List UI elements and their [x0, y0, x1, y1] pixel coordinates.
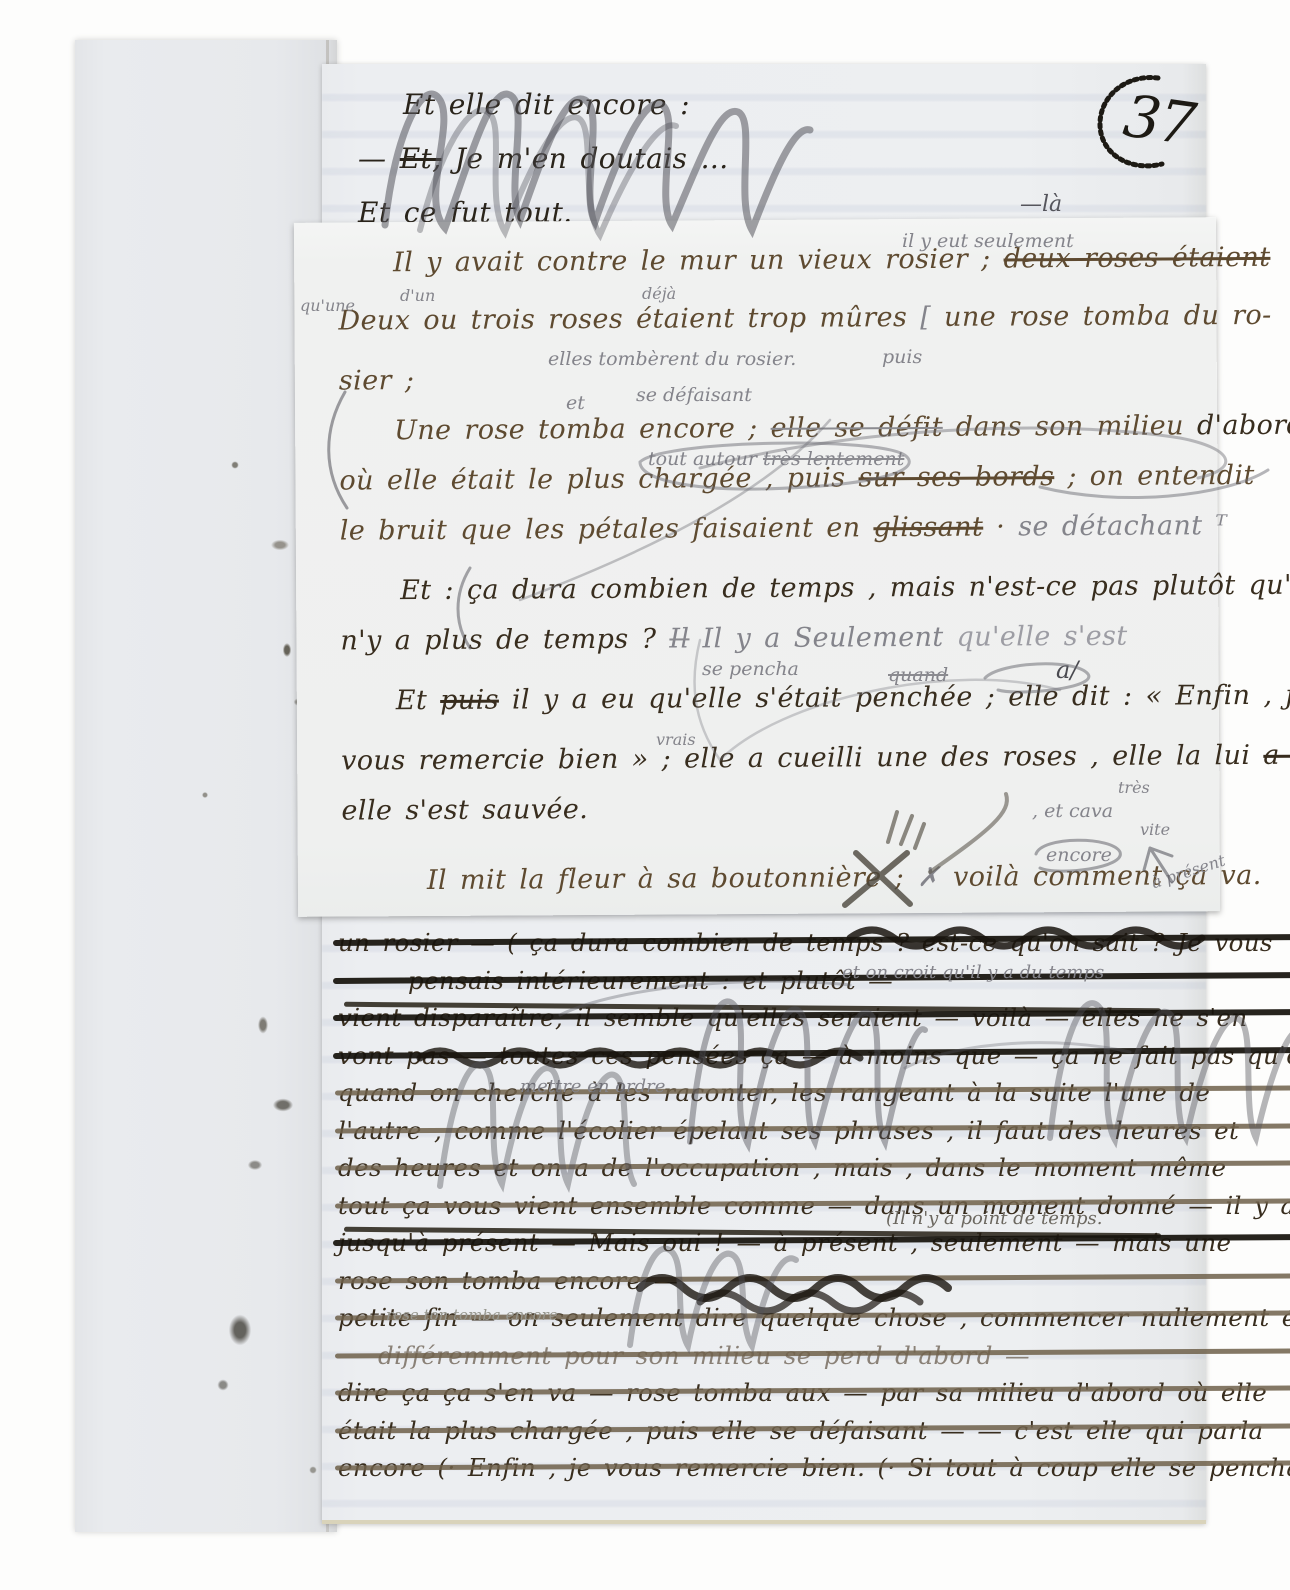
pencil-annotation-elles-tomberent: elles tombèrent du rosier. — [548, 348, 796, 370]
text-segment: n'y a plus de temps ? — [340, 624, 669, 657]
crossed-line: dire ça ça s'en va — rose tomba aux — pa… — [338, 1374, 1290, 1412]
text-segment: un rosier — ( ça dura combien de temps ?… — [338, 928, 1273, 957]
pencil-annotation-puis: puis — [882, 346, 922, 368]
manuscript-scan: un rosier — ( ça dura combien de temps ?… — [0, 0, 1290, 1590]
text-segment: ; on entendit — [1054, 460, 1255, 492]
text-segment: sier ; — [339, 365, 415, 396]
pencil-annotation-tout-autour: tout autour très lentement — [648, 448, 904, 470]
text-segment: pensais intérieurement : et plutôt — — [408, 966, 893, 995]
text-segment: Et elle dit encore : — [403, 88, 690, 121]
text-segment: Il y a Seulement — [689, 622, 956, 655]
text-segment: quand on cherche à les raconter, les ran… — [338, 1078, 1210, 1107]
slip-text-block: Il y avait contre le mur un vieux rosier… — [338, 232, 1290, 907]
text-segment: le bruit que les pétales faisaient en — [340, 512, 874, 546]
crossed-line: quand on cherche à les raconter, les ran… — [338, 1074, 1290, 1112]
text-segment: Une rose tomba encore ; — [394, 413, 771, 446]
text-segment: tout ça vous vient ensemble comme — dans… — [338, 1191, 1290, 1220]
crossed-line: des heures et on a de l'occupation , mai… — [338, 1149, 1290, 1187]
crossed-line: était la plus chargée , puis elle se déf… — [338, 1412, 1290, 1450]
slip-line: sier ; — [339, 350, 1290, 407]
pencil-annotation-il-y-eut-seulement: il y eut seulement — [902, 230, 1074, 252]
pencil-annotation-deja: déjà — [642, 284, 676, 303]
pencil-annotation-et-cava: , et cava — [1032, 800, 1113, 822]
crossed-line: jusqu'à présent — Mais oui ! — à présent… — [338, 1224, 1290, 1262]
text-segment: puis — [440, 685, 499, 716]
text-segment: l'autre , comme l'écolier épelant ses ph… — [338, 1116, 1239, 1145]
text-segment: Il — [669, 623, 689, 654]
text-segment: [ — [920, 302, 931, 333]
text-segment: une rose tomba du ro- — [931, 300, 1272, 333]
slip-line: Et puis il y a eu qu'elle s'était penché… — [341, 670, 1290, 727]
text-segment: dans son milieu — [943, 410, 1197, 443]
crossed-line: un rosier — ( ça dura combien de temps ?… — [338, 924, 1290, 962]
pencil-annotation-qu-une: qu'une — [300, 296, 355, 315]
crossed-line: encore (· Enfin , je vous remercie bien.… — [338, 1449, 1290, 1487]
text-segment: jusqu'à présent — Mais oui ! — à présent… — [338, 1228, 1231, 1257]
pencil-annotation-vrais: vrais — [656, 730, 696, 749]
text-segment: Et, — [400, 142, 442, 175]
text-segment: vous remercie bien » ; elle a cueilli un… — [341, 740, 1263, 777]
slip-line: le bruit que les pétales faisaient en gl… — [340, 500, 1290, 557]
pencil-annotation-vite: vite — [1140, 820, 1170, 839]
text-segment: — — [358, 142, 400, 175]
crossed-line: tout ça vous vient ensemble comme — dans… — [338, 1187, 1290, 1225]
crossed-out-section: un rosier — ( ça dura combien de temps ?… — [338, 924, 1290, 1487]
text-segment: ✗ — [917, 862, 953, 893]
crossed-line: vient disparaître, il semble qu'elles se… — [338, 999, 1290, 1037]
text-segment: se détachant ᵀ — [1018, 510, 1227, 542]
slip-line: Il y avait contre le mur un vieux rosier… — [338, 232, 1290, 289]
text-segment: rose son tomba encore — — [338, 1266, 679, 1295]
manuscript-line: — Et, Je m'en doutais ... — [358, 132, 729, 186]
pencil-annotation-la: —là — [1020, 192, 1062, 217]
text-segment: Et : ça dura combien de temps , mais n'e… — [400, 570, 1290, 607]
pencil-annotation-point-de-temps: (Il n'y a point de temps. — [886, 1208, 1103, 1229]
text-segment: très lentement — [763, 448, 904, 470]
crossed-line: différemment pour son milieu se perd d'a… — [338, 1337, 1290, 1375]
slip-line: Et : ça dura combien de temps , mais n'e… — [340, 560, 1290, 617]
text-segment: encore (· Enfin , je vous remercie bien.… — [338, 1453, 1290, 1482]
folio-number: 37 — [1086, 72, 1206, 176]
text-segment: des heures et on a de l'occupation , mai… — [338, 1153, 1226, 1182]
text-segment: différemment pour son milieu se perd d'a… — [378, 1341, 1030, 1370]
text-segment: Et — [396, 685, 441, 716]
pencil-annotation-et: et — [566, 392, 585, 414]
crossed-line: l'autre , comme l'écolier épelant ses ph… — [338, 1112, 1290, 1150]
pencil-annotation-a-insert: a∕ — [1056, 656, 1078, 684]
text-segment: dire ça ça s'en va — rose tomba aux — pa… — [338, 1378, 1267, 1407]
text-segment: tout autour — [648, 448, 763, 470]
pencil-annotation-mettre-en-ordre: mettre en ordre — [520, 1076, 665, 1097]
text-segment: · — [983, 511, 1018, 542]
pencil-annotation-tres: très — [1118, 778, 1150, 797]
slip-line: n'y a plus de temps ? Il Il y a Seulemen… — [340, 610, 1290, 667]
slip-line: Il mit la fleur à sa boutonnière ; ✗ voi… — [342, 850, 1290, 907]
text-segment: elle s'est sauvée. — [341, 794, 588, 827]
pencil-annotation-quand: quand — [888, 664, 948, 686]
pencil-annotation-rose-ton: rose ton tomba encore — [386, 1306, 558, 1324]
pencil-annotation-d-un: d'un — [400, 286, 435, 305]
pencil-annotation-se-defaisant: se défaisant — [636, 384, 752, 406]
text-segment: était la plus chargée , puis elle se déf… — [338, 1416, 1264, 1445]
text-segment: Il mit la fleur à sa boutonnière ; — [427, 862, 917, 896]
crossed-line: vont pas — toutes ces pensées ça — à moi… — [338, 1037, 1290, 1075]
text-segment: d'abord — [1197, 410, 1290, 442]
pencil-annotation-se-pencha: se pencha — [702, 658, 799, 680]
manuscript-line: Et elle dit encore : — [358, 78, 729, 132]
top-text-block: Et elle dit encore :— Et, Je m'en doutai… — [358, 78, 729, 240]
text-segment: Je m'en doutais ... — [442, 142, 729, 175]
text-segment: a tendue — [1263, 739, 1290, 771]
text-segment: vont pas — toutes ces pensées ça — à moi… — [338, 1041, 1290, 1070]
text-segment: glissant — [873, 512, 983, 544]
folio-number-text: 37 — [1120, 81, 1199, 158]
pencil-annotation-on-croit: et on croit qu'il y a du temps — [842, 962, 1104, 983]
text-segment: elle se défit — [771, 412, 943, 444]
text-segment: Deux ou trois roses étaient trop mûres — [338, 302, 920, 337]
slip-line: Deux ou trois roses étaient trop mûres [… — [338, 290, 1290, 347]
crossed-line: rose son tomba encore — — [338, 1262, 1290, 1300]
pencil-annotation-encore: encore — [1046, 844, 1112, 866]
text-segment: vient disparaître, il semble qu'elles se… — [338, 1003, 1248, 1032]
text-segment: qu'elle s'est — [956, 621, 1127, 653]
crossed-line: pensais intérieurement : et plutôt — — [338, 962, 1290, 1000]
